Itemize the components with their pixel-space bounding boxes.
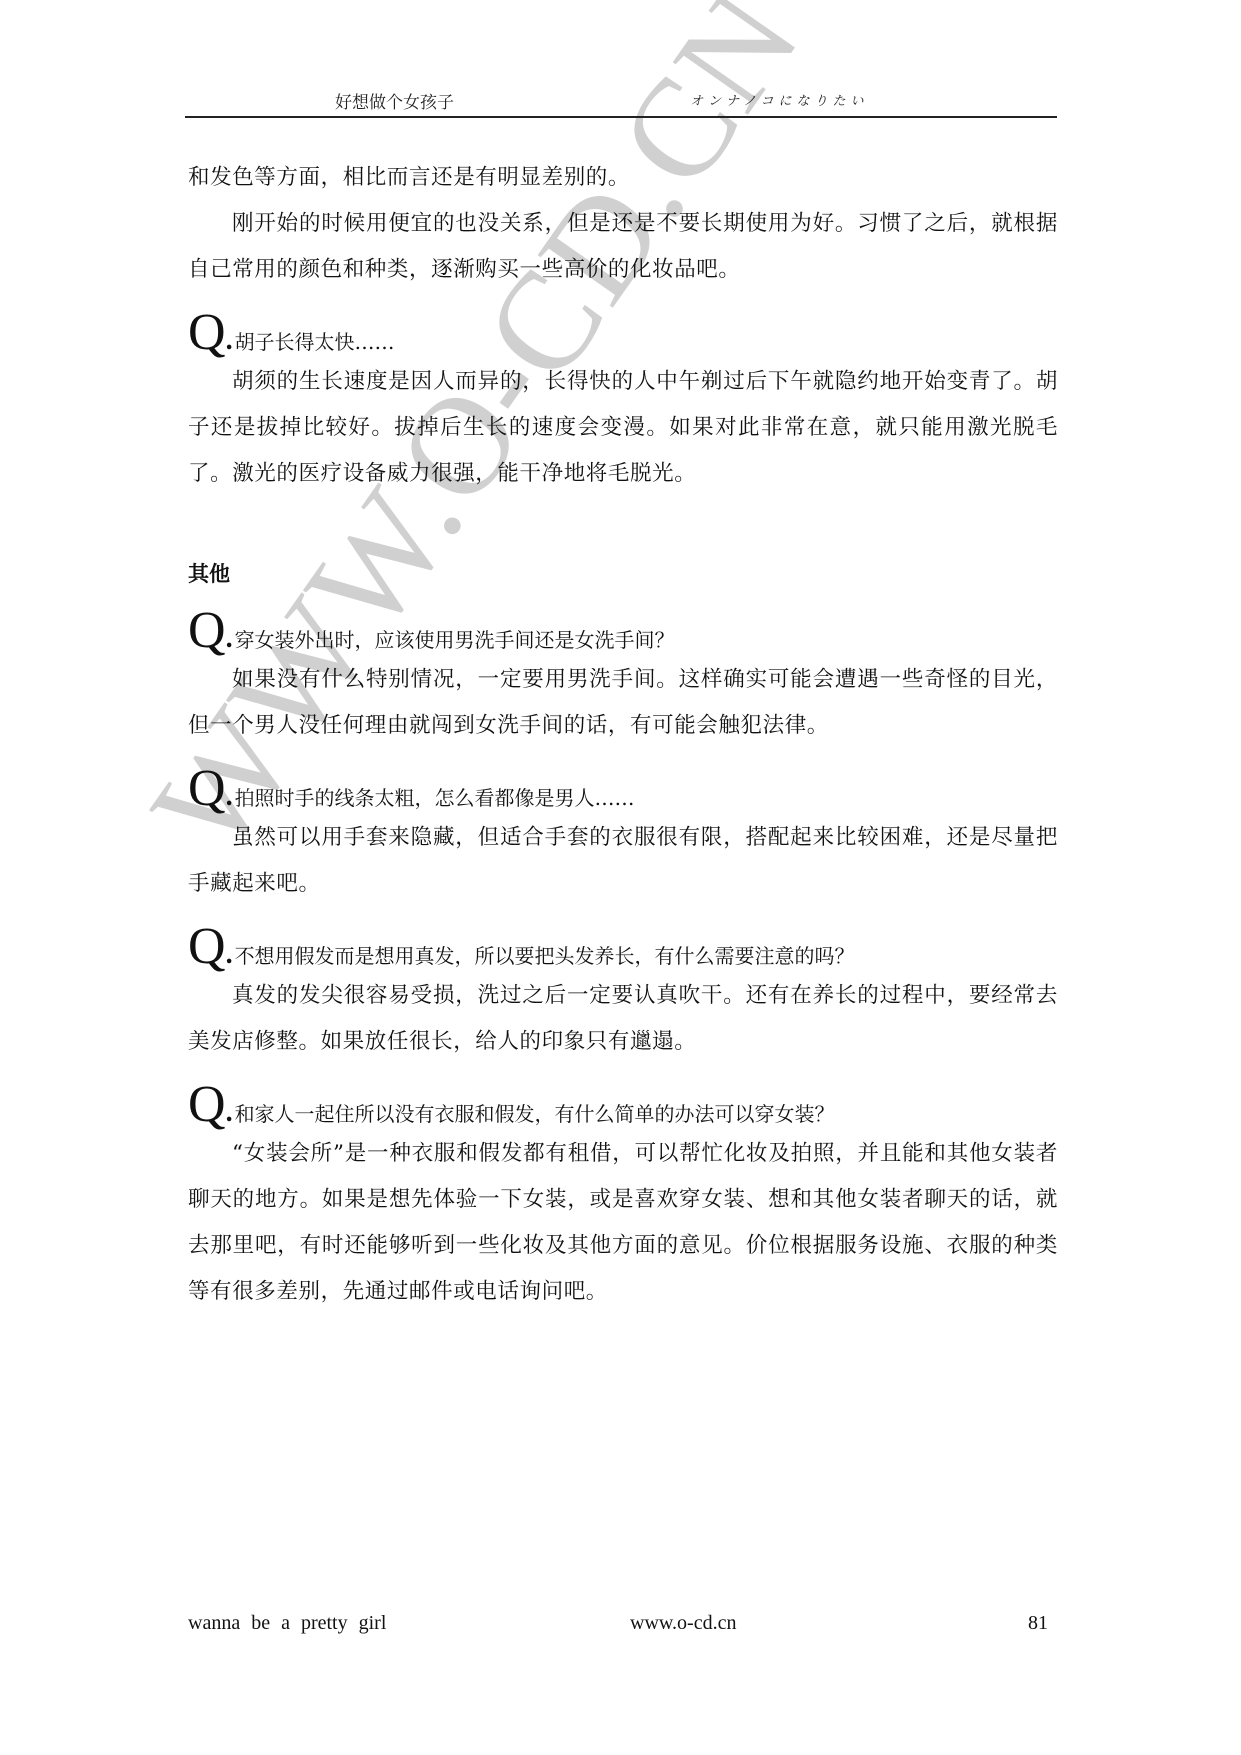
header-title-cn: 好想做个女孩子 — [335, 88, 454, 113]
intro-paragraph: 刚开始的时候用便宜的也没关系，但是还是不要长期使用为好。习惯了之后，就根据自己常… — [188, 201, 1058, 293]
question-heading: Q . 和家人一起住所以没有衣服和假发，有什么简单的办法可以穿女装？ — [188, 1079, 1058, 1131]
page-content: 和发色等方面，相比而言还是有明显差别的。 刚开始的时候用便宜的也没关系，但是还是… — [188, 155, 1058, 1315]
page-footer: wanna be a pretty girl www.o-cd.cn 81 — [188, 1612, 1058, 1642]
footer-website: www.o-cd.cn — [630, 1612, 736, 1635]
q-mark: Q — [188, 307, 226, 359]
question-text: 和家人一起住所以没有衣服和假发，有什么简单的办法可以穿女装？ — [235, 1098, 835, 1127]
answer-paragraph: 虽然可以用手套来隐藏，但适合手套的衣服很有限，搭配起来比较困难，还是尽量把手藏起… — [188, 815, 1058, 907]
answer-paragraph: 真发的发尖很容易受损，洗过之后一定要认真吹干。还有在养长的过程中，要经常去美发店… — [188, 973, 1058, 1065]
question-text: 穿女装外出时，应该使用男洗手间还是女洗手间？ — [235, 624, 675, 653]
q-dot: . — [226, 939, 233, 971]
q-dot: . — [226, 623, 233, 655]
answer-paragraph: 如果没有什么特别情况，一定要用男洗手间。这样确实可能会遭遇一些奇怪的目光，但一个… — [188, 657, 1058, 749]
q-dot: . — [226, 781, 233, 813]
q-mark: Q — [188, 763, 226, 815]
question-heading: Q . 胡子长得太快…… — [188, 307, 1058, 359]
header-title-jp: オンナノコになりたい — [690, 90, 868, 109]
question-text: 拍照时手的线条太粗，怎么看都像是男人…… — [235, 782, 635, 811]
answer-paragraph: “女装会所”是一种衣服和假发都有租借，可以帮忙化妆及拍照，并且能和其他女装者聊天… — [188, 1131, 1058, 1315]
question-text: 不想用假发而是想用真发，所以要把头发养长，有什么需要注意的吗？ — [235, 940, 855, 969]
page-number: 81 — [1028, 1612, 1048, 1635]
q-dot: . — [226, 1097, 233, 1129]
section-title: 其他 — [188, 559, 1058, 589]
q-mark: Q — [188, 921, 226, 973]
question-heading: Q . 穿女装外出时，应该使用男洗手间还是女洗手间？ — [188, 605, 1058, 657]
footer-book-title: wanna be a pretty girl — [188, 1612, 386, 1635]
question-text: 胡子长得太快…… — [235, 326, 395, 355]
question-heading: Q . 拍照时手的线条太粗，怎么看都像是男人…… — [188, 763, 1058, 815]
q-mark: Q — [188, 605, 226, 657]
page-header: 好想做个女孩子 オンナノコになりたい — [185, 88, 1057, 118]
q-mark: Q — [188, 1079, 226, 1131]
intro-paragraph-continued: 和发色等方面，相比而言还是有明显差别的。 — [188, 155, 1058, 201]
question-heading: Q . 不想用假发而是想用真发，所以要把头发养长，有什么需要注意的吗？ — [188, 921, 1058, 973]
answer-paragraph: 胡须的生长速度是因人而异的，长得快的人中午剃过后下午就隐约地开始变青了。胡子还是… — [188, 359, 1058, 497]
q-dot: . — [226, 325, 233, 357]
